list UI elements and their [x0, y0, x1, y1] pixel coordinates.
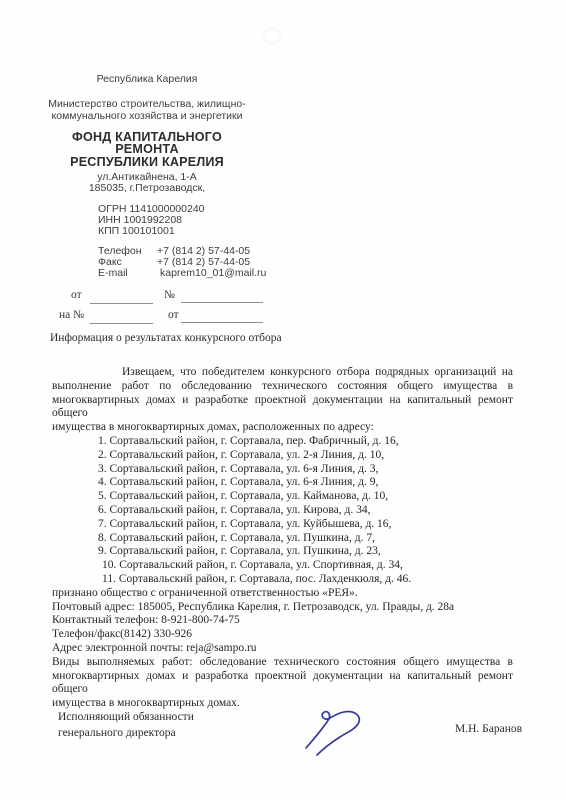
email-row: E-mailkaprem10_01@mail.ru: [98, 268, 266, 279]
address-item: 11. Сортавальский район, г. Сортавала, п…: [52, 573, 513, 587]
fax-row: Факс+7 (814 2) 57-44-05: [98, 257, 266, 268]
ministry-line-1: Министерство строительства, жилищно-: [40, 99, 254, 111]
ref-number-label: №: [164, 289, 175, 301]
signer-position-line-2: генерального директора: [58, 726, 194, 742]
address-item: 7. Сортавальский район, г. Сортавала, ул…: [52, 518, 513, 532]
address-item: 10. Сортавальский район, г. Сортавала, у…: [52, 559, 513, 573]
address-item: 2. Сортавальский район, г. Сортавала, ул…: [52, 449, 513, 463]
address-line-2: 185035, г.Петрозаводск,: [40, 183, 254, 194]
scanned-letter-page: Республика Карелия Министерство строител…: [0, 0, 566, 800]
signature-stroke: [306, 711, 359, 755]
address-item: 8. Сортавальский район, г. Сортавала, ул…: [52, 532, 513, 546]
kpp-line: КПП 100101001: [98, 226, 205, 237]
email-label: E-mail: [98, 268, 157, 279]
fax-label: Факс: [98, 257, 157, 268]
ref-from-label-2: от: [168, 309, 179, 321]
ref-from-date-blank: [181, 310, 263, 323]
intro-line: многоквартирных домах и разработке проек…: [52, 394, 513, 422]
intro-paragraph: Извещаем, что победителем конкурсного от…: [52, 366, 513, 435]
fax-line: Телефон/факс(8142) 330-926: [52, 628, 513, 642]
email-value: kaprem10_01@mail.ru: [157, 267, 266, 279]
org-name-line-1: ФОНД КАПИТАЛЬНОГО РЕМОНТА: [40, 131, 254, 156]
works-paragraph: Виды выполняемых работ: обследование тех…: [52, 656, 513, 711]
subject-line: Информация о результатах конкурсного отб…: [50, 332, 282, 344]
works-line: имущества в многоквартирных домах.: [52, 697, 513, 711]
fax-value: +7 (814 2) 57-44-05: [157, 256, 250, 268]
address-item: 3. Сортавальский район, г. Сортавала, ул…: [52, 463, 513, 477]
ref-from-label: от: [71, 289, 82, 301]
works-line: многоквартирных домах и разработка проек…: [52, 670, 513, 698]
letterhead-address: ул.Антикайнена, 1-А 185035, г.Петрозавод…: [40, 172, 254, 194]
contact-block: Телефон+7 (814 2) 57-44-05 Факс+7 (814 2…: [98, 246, 266, 278]
letterhead-ministry: Министерство строительства, жилищно- ком…: [40, 99, 254, 122]
works-line: Виды выполняемых работ: обследование тех…: [52, 656, 513, 670]
letterhead-region: Республика Карелия: [40, 74, 254, 86]
contact-phone-line: Контактный телефон: 8-921-800-74-75: [52, 614, 513, 628]
registration-numbers: ОГРН 1141000000240 ИНН 1001992208 КПП 10…: [98, 204, 205, 237]
address-list: 1. Сортавальский район, г. Сортавала, пе…: [52, 435, 513, 587]
signer-position: Исполняющий обязанности генерального дир…: [58, 710, 194, 741]
address-item: 6. Сортавальский район, г. Сортавала, ул…: [52, 504, 513, 518]
winner-line: признано общество с ограниченной ответст…: [52, 587, 513, 601]
scan-artifact: [263, 28, 281, 44]
ministry-line-2: коммунального хозяйства и энергетики: [40, 111, 254, 123]
address-item: 5. Сортавальский район, г. Сортавала, ул…: [52, 490, 513, 504]
email-line: Адрес электронной почты: reja@sampo.ru: [52, 642, 513, 656]
ref-on-number-label: на №: [59, 309, 84, 321]
handwritten-signature: [296, 704, 382, 760]
signer-name: М.Н. Баранов: [455, 723, 522, 735]
letter-body: Извещаем, что победителем конкурсного от…: [52, 366, 513, 711]
ref-date-blank: [90, 291, 153, 304]
postal-line: Почтовый адрес: 185005, Республика Карел…: [52, 601, 513, 615]
address-item: 4. Сортавальский район, г. Сортавала, ул…: [52, 476, 513, 490]
intro-line: выполнение работ по обследованию техниче…: [52, 380, 513, 394]
org-name-line-2: РЕСПУБЛИКИ КАРЕЛИЯ: [40, 156, 254, 168]
address-item: 9. Сортавальский район, г. Сортавала, ул…: [52, 545, 513, 559]
address-item: 1. Сортавальский район, г. Сортавала, пе…: [52, 435, 513, 449]
signer-position-line-1: Исполняющий обязанности: [58, 710, 194, 726]
letterhead-org-name: ФОНД КАПИТАЛЬНОГО РЕМОНТА РЕСПУБЛИКИ КАР…: [40, 131, 254, 168]
ref-number-blank: [181, 290, 263, 303]
ref-on-number-blank: [90, 311, 153, 324]
intro-line: имущества в многоквартирных домах, распо…: [52, 421, 513, 435]
intro-line: Извещаем, что победителем конкурсного от…: [52, 366, 513, 380]
